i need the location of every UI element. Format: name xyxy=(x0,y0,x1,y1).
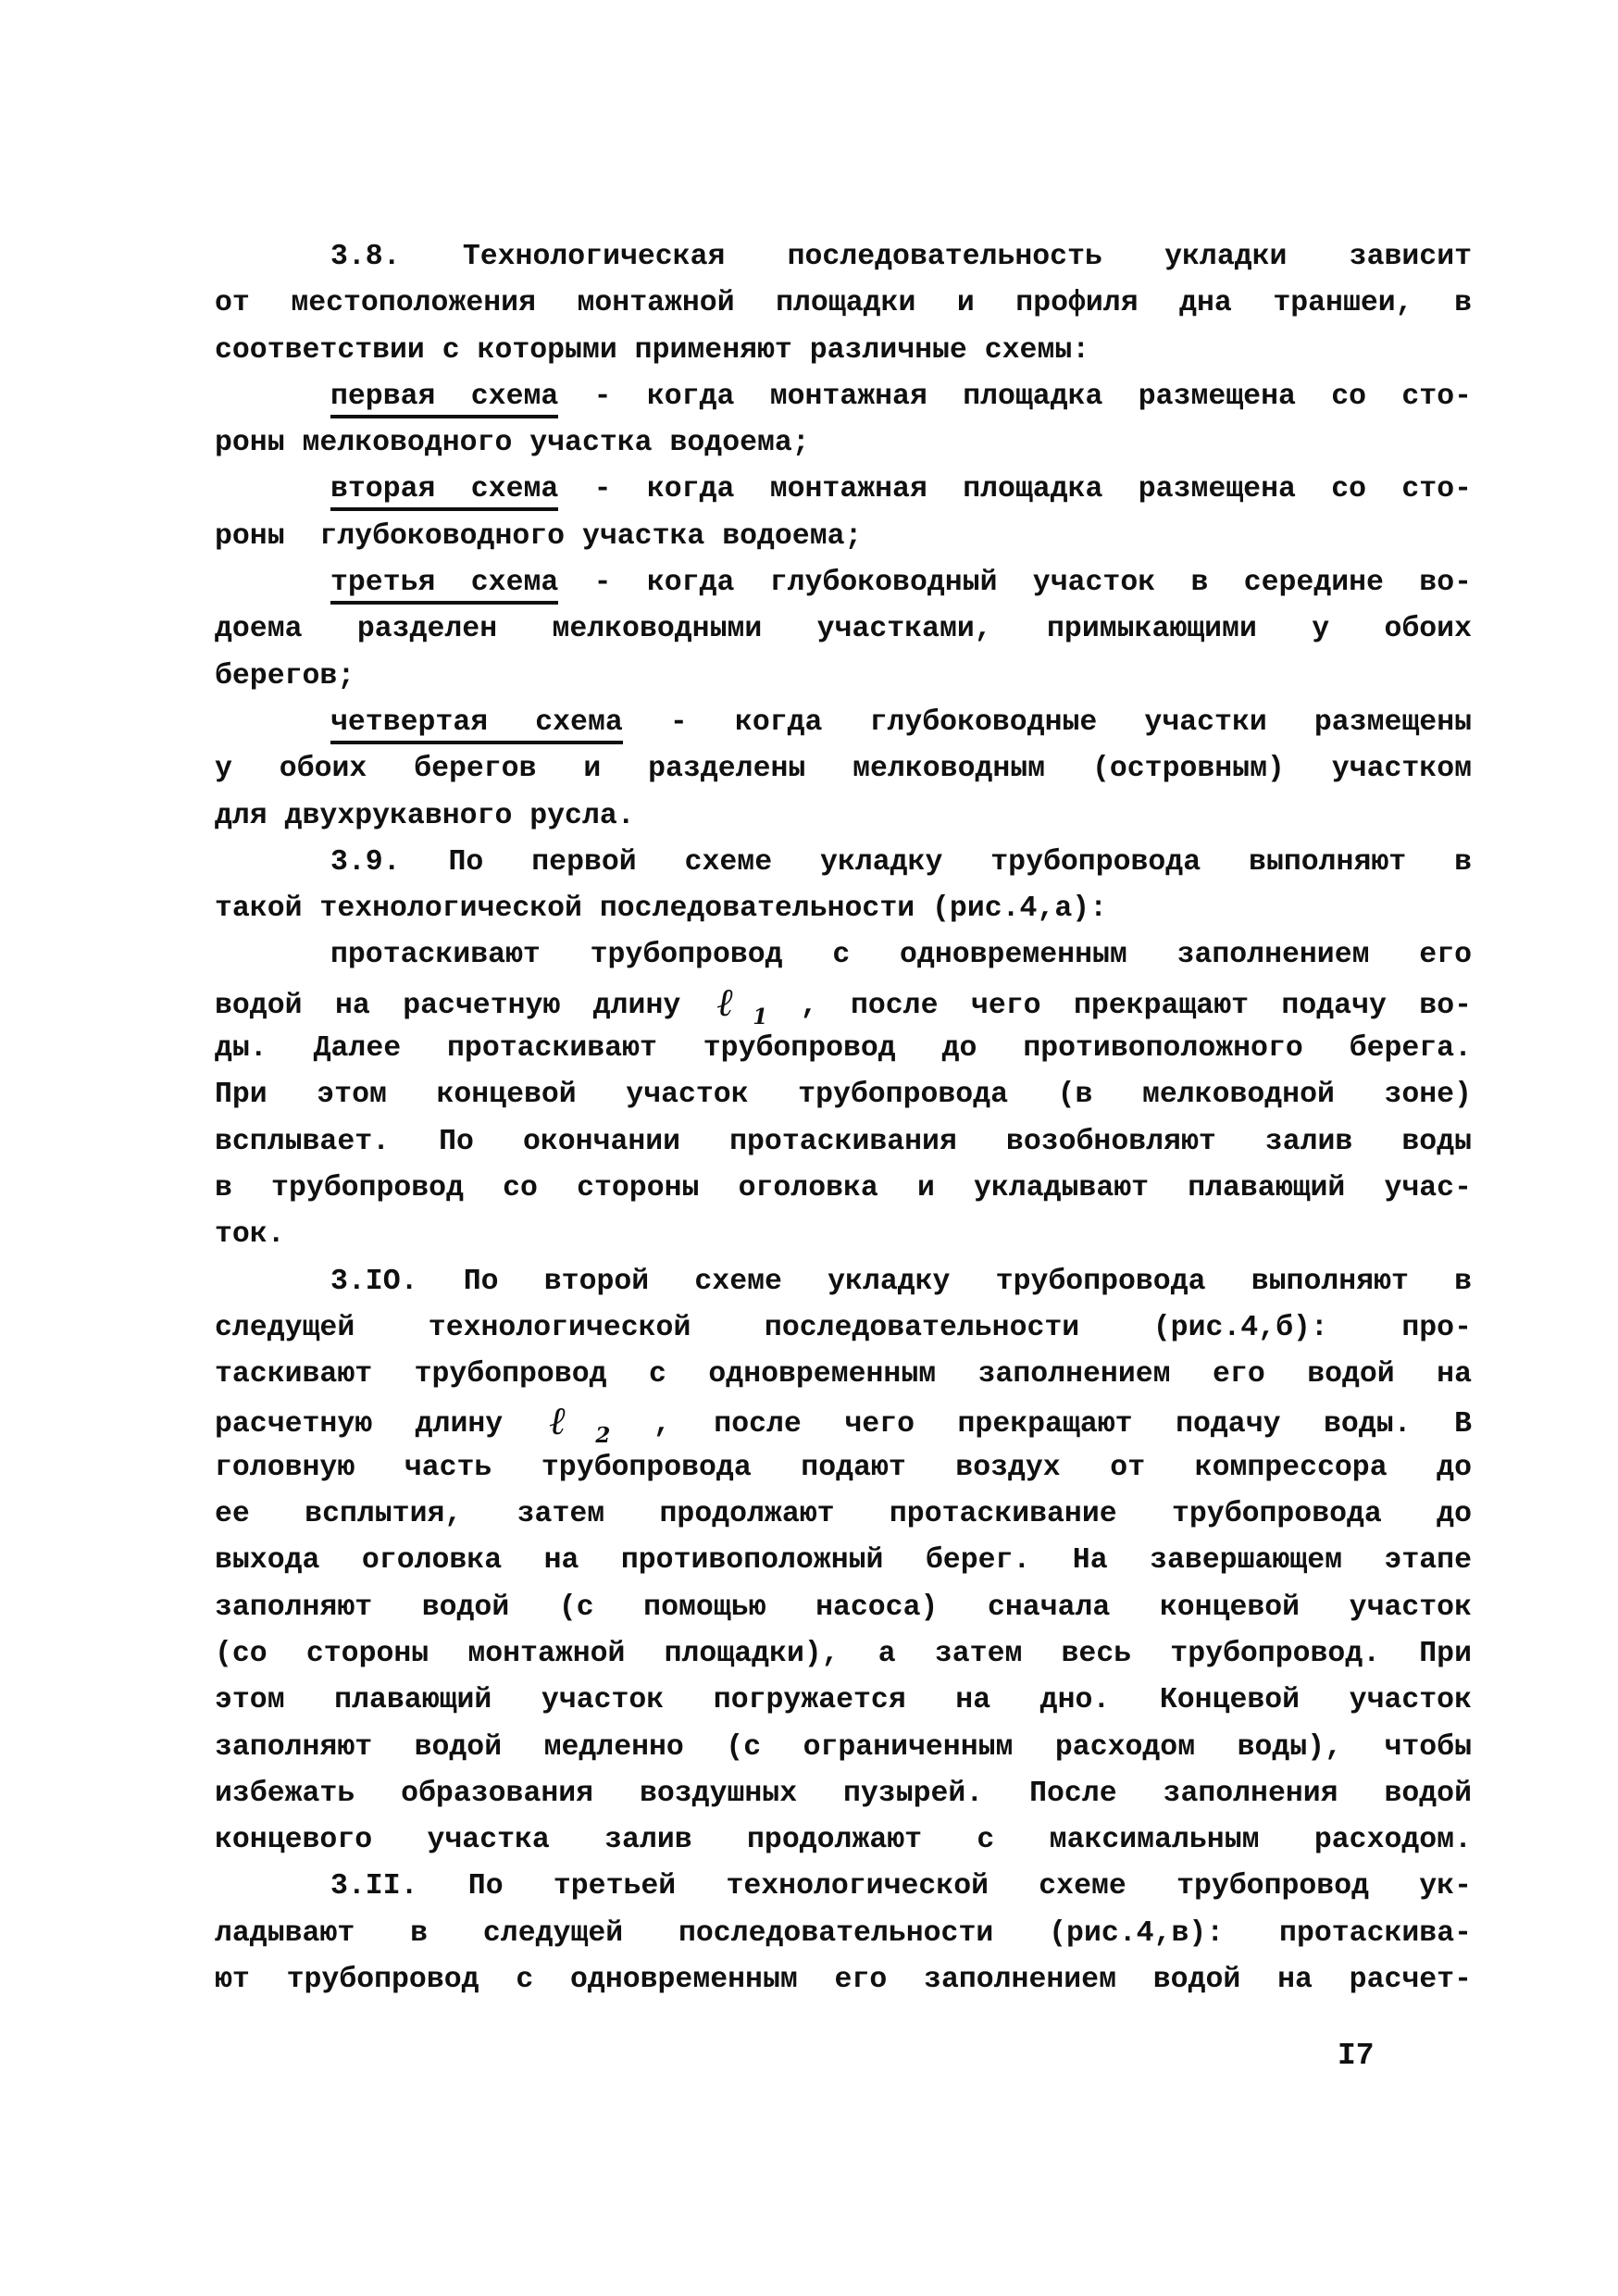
text-run: такой технологической последовательности… xyxy=(215,892,1107,925)
text-line: 3.9. По первой схеме укладку трубопровод… xyxy=(215,840,1472,886)
text-run: выхода оголовка на противоположный берег… xyxy=(215,1544,1472,1577)
text-line: такой технологической последовательности… xyxy=(215,886,1472,932)
text-run: роны мелководного участка водоема; xyxy=(215,427,810,459)
text-line: ток. xyxy=(215,1212,1472,1258)
text-line: выхода оголовка на противоположный берег… xyxy=(215,1538,1472,1584)
text-line: 3.IO. По второй схеме укладку трубопрово… xyxy=(215,1259,1472,1305)
text-run: доема разделен мелководными участками, п… xyxy=(215,613,1472,645)
text-run: 3.IO. По второй схеме укладку трубопрово… xyxy=(330,1266,1472,1298)
text-block: 3.8. Технологическая последовательность … xyxy=(215,234,1472,2003)
text-line: ют трубопровод с одновременным его запол… xyxy=(215,1957,1472,2003)
underlined-phrase: четвертая схема xyxy=(330,706,623,744)
text-run: таскивают трубопровод с одновременным за… xyxy=(215,1358,1472,1391)
text-line: доема разделен мелководными участками, п… xyxy=(215,606,1472,653)
text-run: ток. xyxy=(215,1218,285,1251)
text-line: берегов; xyxy=(215,654,1472,700)
text-line: следущей технологической последовательно… xyxy=(215,1305,1472,1352)
text-line: ее всплытия, затем продолжают протаскива… xyxy=(215,1491,1472,1538)
text-line: роны глубоководного участка водоема; xyxy=(215,514,1472,560)
document-page: 3.8. Технологическая последовательность … xyxy=(0,0,1618,2296)
text-line: 3.II. По третьей технологической схеме т… xyxy=(215,1864,1472,1910)
text-run: избежать образования воздушных пузырей. … xyxy=(215,1778,1472,1810)
text-run: всплывает. По окончании протаскивания во… xyxy=(215,1126,1472,1158)
text-line: (со стороны монтажной площадки), а затем… xyxy=(215,1631,1472,1678)
text-line: первая схема - когда монтажная площадка … xyxy=(215,374,1472,420)
text-line: от местоположения монтажной площадки и п… xyxy=(215,281,1472,327)
text-line: четвертая схема - когда глубоководные уч… xyxy=(215,700,1472,746)
text-line: третья схема - когда глубоководный участ… xyxy=(215,560,1472,606)
text-line: таскивают трубопровод с одновременным за… xyxy=(215,1352,1472,1398)
text-run: в трубопровод со стороны оголовка и укла… xyxy=(215,1172,1472,1204)
text-run: 3.8. Технологическая последовательность … xyxy=(330,241,1472,273)
text-run: 3.9. По первой схеме укладку трубопровод… xyxy=(330,846,1472,879)
text-run: (со стороны монтажной площадки), а затем… xyxy=(215,1638,1472,1670)
text-line: в трубопровод со стороны оголовка и укла… xyxy=(215,1166,1472,1212)
text-line: избежать образования воздушных пузырей. … xyxy=(215,1771,1472,1817)
text-run: головную часть трубопровода подают возду… xyxy=(215,1452,1472,1484)
text-run: ют трубопровод с одновременным его запол… xyxy=(215,1964,1472,1996)
text-run: от местоположения монтажной площадки и п… xyxy=(215,287,1472,319)
text-run: концевого участка залив продолжают с мак… xyxy=(215,1824,1472,1856)
text-run: - когда монтажная площадка размещена со … xyxy=(558,381,1472,413)
text-line: роны мелководного участка водоема; xyxy=(215,420,1472,467)
text-run: этом плавающий участок погружается на дн… xyxy=(215,1684,1472,1716)
text-line: расчетную длину ℓ2 , после чего прекраща… xyxy=(215,1398,1472,1444)
underlined-phrase: вторая схема xyxy=(330,473,558,511)
underlined-phrase: третья схема xyxy=(330,567,558,605)
text-run: соответствии с которыми применяют различ… xyxy=(215,334,1089,367)
text-run: , после чего прекращают подачу воды. В xyxy=(610,1408,1472,1441)
text-run: ды. Далее протаскивают трубопровод до пр… xyxy=(215,1032,1472,1065)
text-run: у обоих берегов и разделены мелководным … xyxy=(215,753,1472,785)
text-run: заполняют водой медленно (с ограниченным… xyxy=(215,1731,1472,1764)
text-run: берегов; xyxy=(215,660,355,693)
text-run: - когда глубоководный участок в середине… xyxy=(558,567,1472,599)
text-run: заполняют водой (с помощью насоса) снача… xyxy=(215,1591,1472,1624)
text-line: этом плавающий участок погружается на дн… xyxy=(215,1678,1472,1724)
text-line: головную часть трубопровода подают возду… xyxy=(215,1445,1472,1491)
text-run: - когда глубоководные участки размещены xyxy=(623,706,1472,739)
text-run: 3.II. По третьей технологической схеме т… xyxy=(330,1870,1472,1903)
text-run: протаскивают трубопровод с одновременным… xyxy=(330,939,1472,971)
text-run: расчетную длину xyxy=(215,1408,546,1441)
length-symbol: ℓ xyxy=(546,1398,596,1443)
text-line: всплывает. По окончании протаскивания во… xyxy=(215,1119,1472,1166)
text-line: для двухрукавного русла. xyxy=(215,793,1472,840)
text-line: соответствии с которыми применяют различ… xyxy=(215,328,1472,374)
text-line: концевого участка залив продолжают с мак… xyxy=(215,1817,1472,1864)
text-run: следущей технологической последовательно… xyxy=(215,1312,1472,1344)
text-run: , после чего прекращают подачу во- xyxy=(767,990,1472,1022)
text-run: водой на расчетную длину xyxy=(215,990,714,1022)
text-line: у обоих берегов и разделены мелководным … xyxy=(215,746,1472,792)
text-run: При этом концевой участок трубопровода (… xyxy=(215,1079,1472,1111)
text-line: водой на расчетную длину ℓ1 , после чего… xyxy=(215,980,1472,1026)
text-line: ды. Далее протаскивают трубопровод до пр… xyxy=(215,1026,1472,1072)
text-run: для двухрукавного русла. xyxy=(215,800,635,832)
text-line: вторая схема - когда монтажная площадка … xyxy=(215,467,1472,513)
text-line: При этом концевой участок трубопровода (… xyxy=(215,1072,1472,1118)
page-number: I7 xyxy=(1338,2033,1375,2079)
text-run: ее всплытия, затем продолжают протаскива… xyxy=(215,1498,1472,1530)
text-run: - когда монтажная площадка размещена со … xyxy=(558,473,1472,505)
text-line: 3.8. Технологическая последовательность … xyxy=(215,234,1472,281)
text-run: ладывают в следущей последовательности (… xyxy=(215,1917,1472,1950)
underlined-phrase: первая схема xyxy=(330,381,558,418)
text-line: заполняют водой медленно (с ограниченным… xyxy=(215,1725,1472,1771)
text-line: заполняют водой (с помощью насоса) снача… xyxy=(215,1585,1472,1631)
text-line: ладывают в следущей последовательности (… xyxy=(215,1911,1472,1957)
text-line: протаскивают трубопровод с одновременным… xyxy=(215,932,1472,979)
length-symbol: ℓ xyxy=(714,980,753,1025)
text-run: роны глубоководного участка водоема; xyxy=(215,520,862,553)
